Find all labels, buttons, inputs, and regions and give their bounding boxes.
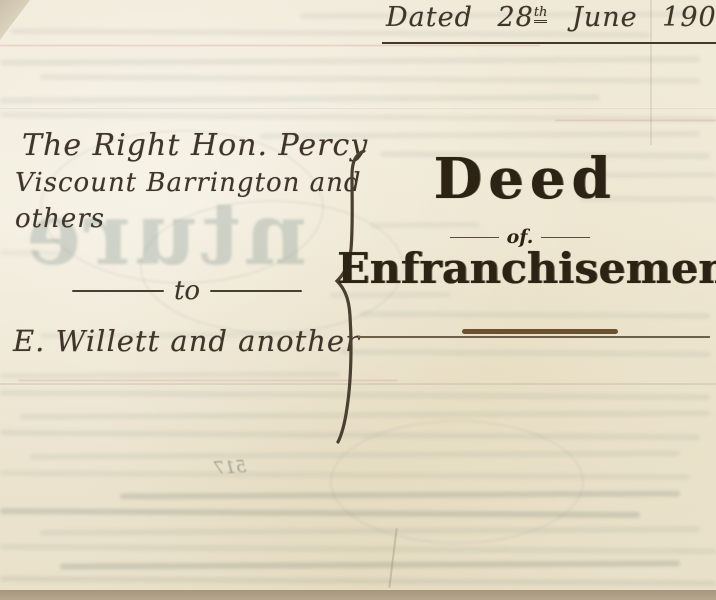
- parchment-page: nture 517 Dated 28th June 1900 The Right…: [0, 0, 716, 593]
- divider-rule-left: [72, 290, 164, 292]
- to-divider: to: [72, 276, 302, 306]
- bleedthrough-scribble: [120, 491, 680, 500]
- bleedthrough-scribble: [0, 112, 716, 122]
- bleedthrough-scribble: [0, 544, 716, 554]
- calligraphic-brace: [330, 148, 368, 448]
- dated-label: Dated: [386, 2, 473, 33]
- deed-title-word1: Deed: [395, 146, 655, 212]
- fold-crease: [388, 528, 397, 588]
- dated-month-year: June 1900: [572, 2, 716, 33]
- bleedthrough-scribble: [360, 311, 710, 319]
- title-underline-thick: [462, 329, 618, 334]
- bleedthrough-scribble: [60, 560, 680, 569]
- grantor-name-line2: Viscount Barrington and: [15, 168, 362, 198]
- bleedthrough-scribble: [0, 508, 640, 518]
- bleedthrough-scribble: [0, 94, 600, 103]
- divider-rule-right: [210, 290, 302, 292]
- deed-title-word2: Enfranchisement: [337, 244, 716, 293]
- title-underline-thin: [358, 336, 710, 338]
- of-rule-right: [541, 237, 590, 238]
- bleedthrough-scribble: [340, 349, 710, 357]
- bleedthrough-red-rule: [555, 120, 716, 121]
- bleedthrough-blackletter-watermark: nture: [22, 184, 307, 285]
- dated-underline-rule: [382, 42, 716, 44]
- background-mat: [0, 590, 716, 600]
- of-rule-left: [450, 237, 499, 238]
- bleedthrough-scribble: [30, 450, 680, 459]
- bleedthrough-scribble: [0, 56, 700, 66]
- dated-day: 28: [497, 2, 533, 33]
- grantor-name-line1: The Right Hon. Percy: [22, 128, 368, 163]
- connector-word: to: [174, 276, 200, 306]
- bleedthrough-scribble: [0, 250, 60, 256]
- grantee-name-line: E. Willett and another: [13, 324, 360, 358]
- bleedthrough-scribble: [40, 526, 700, 535]
- horizontal-crease: [0, 107, 716, 109]
- grantor-name-line3: others: [15, 204, 105, 234]
- scanned-deed-cover: nture 517 Dated 28th June 1900 The Right…: [0, 0, 716, 600]
- bleedthrough-flourish: [330, 420, 584, 544]
- bleedthrough-scribble: [0, 371, 340, 379]
- bleedthrough-scribble: [0, 576, 716, 586]
- dated-line: Dated 28th June 1900: [386, 2, 716, 33]
- corner-fold: [0, 0, 30, 40]
- bleedthrough-scribble: [40, 74, 700, 84]
- bleedthrough-red-rule: [0, 45, 540, 46]
- bleedthrough-scribble: [0, 470, 690, 480]
- bleedthrough-number-note: 517: [213, 457, 246, 479]
- dated-ordinal: th: [534, 5, 548, 23]
